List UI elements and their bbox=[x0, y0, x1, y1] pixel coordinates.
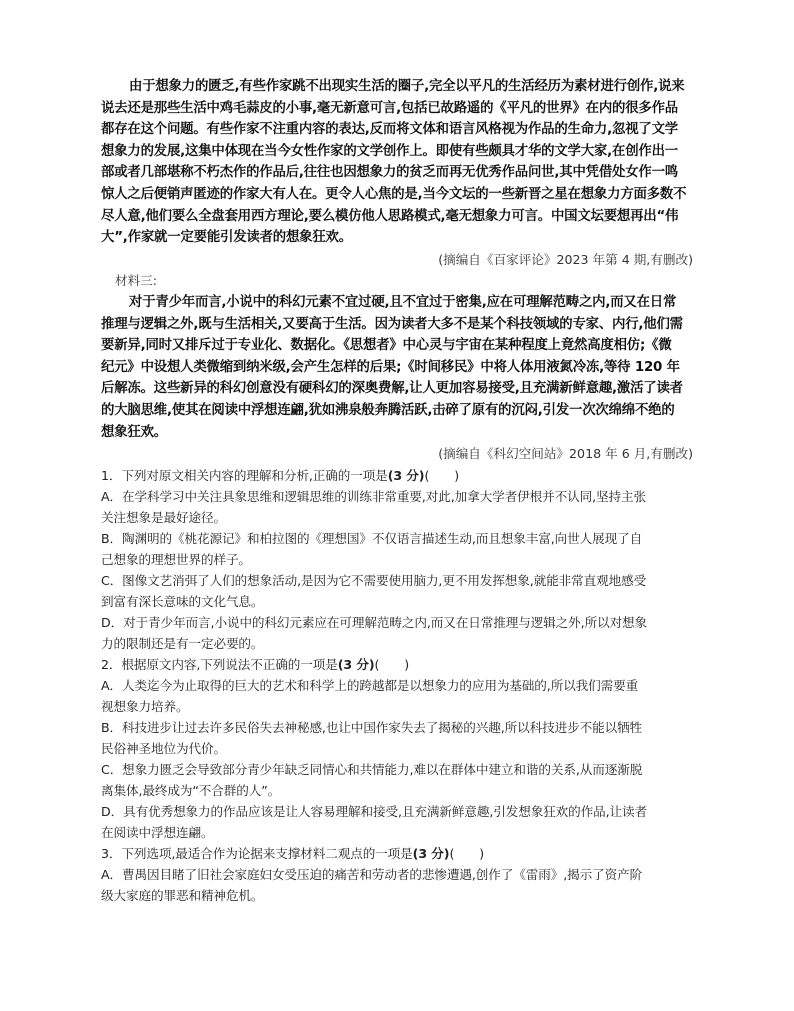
option-d-continued: 在阅读中浮想连翩。 bbox=[101, 822, 693, 843]
option-a[interactable]: A．在学科学习中关注具象思维和逻辑思维的训练非常重要,对此,加拿大学者伊根并不认… bbox=[101, 486, 693, 507]
paragraph-line: 的大脑思维,使其在阅读中浮想连翩,犹如沸泉般奔腾活跃,击碎了原有的沉闷,引发一次… bbox=[101, 400, 693, 422]
question-text: 1．下列对原文相关内容的理解和分析,正确的一项是 bbox=[101, 468, 388, 483]
material-two-paragraph: 由于想象力的匮乏,有些作家跳不出现实生活的圈子,完全以平凡的生活经历为素材进行创… bbox=[101, 76, 693, 270]
text-column: 由于想象力的匮乏,有些作家跳不出现实生活的圈子,完全以平凡的生活经历为素材进行创… bbox=[101, 76, 693, 906]
paragraph-line: 要新异,同时又排斥过于专业化、数据化。《思想者》中心灵与宇宙在某种程度上竟然高度… bbox=[101, 335, 693, 357]
option-c-continued: 离集体,最终成为“不合群的人”。 bbox=[101, 780, 693, 801]
paragraph-line: 对于青少年而言,小说中的科幻元素不宜过硬,且不宜过于密集,应在可理解范畴之内,而… bbox=[101, 292, 693, 314]
question-score: (3 分) bbox=[413, 846, 450, 861]
question-score: (3 分) bbox=[338, 657, 375, 672]
paragraph-line: 推理与逻辑之外,既与生活相关,又要高于生活。因为读者大多不是某个科技领域的专家、… bbox=[101, 314, 693, 336]
source-citation: (摘编自《百家评论》2023 年第 4 期,有删改) bbox=[101, 249, 693, 271]
option-a[interactable]: A．人类迄今为止取得的巨大的艺术和科学上的跨越都是以想象力的应用为基础的,所以我… bbox=[101, 675, 693, 696]
paragraph-line: 想象力的发展,这集中体现在当今女性作家的文学创作上。即使有些颇具才华的文学大家,… bbox=[101, 141, 693, 163]
question-3: 3．下列选项,最适合作为论据来支撑材料二观点的一项是(3 分)( ) A．曹禺因… bbox=[101, 843, 693, 906]
question-stem: 1．下列对原文相关内容的理解和分析,正确的一项是(3 分)( ) bbox=[101, 465, 693, 486]
question-text: 3．下列选项,最适合作为论据来支撑材料二观点的一项是 bbox=[101, 846, 413, 861]
paragraph-line: 大”,作家就一定要能引发读者的想象狂欢。 bbox=[101, 227, 693, 249]
question-score: (3 分) bbox=[388, 468, 425, 483]
material-label: 材料三: bbox=[101, 270, 693, 292]
source-citation: (摘编自《科幻空间站》2018 年 6 月,有删改) bbox=[101, 443, 693, 465]
question-2: 2．根据原文内容,下列说法不正确的一项是(3 分)( ) A．人类迄今为止取得的… bbox=[101, 654, 693, 843]
option-c[interactable]: C．图像文艺消弭了人们的想象活动,是因为它不需要使用脑力,更不用发挥想象,就能非… bbox=[101, 570, 693, 591]
document-page: 由于想象力的匮乏,有些作家跳不出现实生活的圈子,完全以平凡的生活经历为素材进行创… bbox=[0, 0, 794, 1011]
paragraph-line: 由于想象力的匮乏,有些作家跳不出现实生活的圈子,完全以平凡的生活经历为素材进行创… bbox=[101, 76, 693, 98]
option-d-continued: 力的限制还是有一定必要的。 bbox=[101, 633, 693, 654]
paragraph-line: 部或者几部堪称不朽杰作的作品后,往往也因想象力的贫乏而再无优秀作品问世,其中凭借… bbox=[101, 162, 693, 184]
option-a[interactable]: A．曹禺因目睹了旧社会家庭妇女受压迫的痛苦和劳动者的悲惨遭遇,创作了《雷雨》,揭… bbox=[101, 864, 693, 885]
option-a-continued: 关注想象是最好途径。 bbox=[101, 507, 693, 528]
answer-blank[interactable]: ( ) bbox=[374, 657, 409, 672]
question-text: 2．根据原文内容,下列说法不正确的一项是 bbox=[101, 657, 338, 672]
option-c[interactable]: C．想象力匮乏会导致部分青少年缺乏同情心和共情能力,难以在群体中建立和谐的关系,… bbox=[101, 759, 693, 780]
option-c-continued: 到富有深长意味的文化气息。 bbox=[101, 591, 693, 612]
paragraph-line: 说去还是那些生活中鸡毛蒜皮的小事,毫无新意可言,包括已故路遥的《平凡的世界》在内… bbox=[101, 98, 693, 120]
option-a-continued: 级大家庭的罪恶和精神危机。 bbox=[101, 885, 693, 906]
option-a-continued: 视想象力培养。 bbox=[101, 696, 693, 717]
answer-blank[interactable]: ( ) bbox=[449, 846, 484, 861]
material-three: 材料三: 对于青少年而言,小说中的科幻元素不宜过硬,且不宜过于密集,应在可理解范… bbox=[101, 270, 693, 464]
paragraph-line: 尽人意,他们要么全盘套用西方理论,要么模仿他人思路模式,毫无想象力可言。中国文坛… bbox=[101, 206, 693, 228]
paragraph-line: 纪元》中设想人类微缩到纳米级,会产生怎样的后果;《时间移民》中将人体用液氮冷冻,… bbox=[101, 357, 693, 379]
option-b-continued: 民俗神圣地位为代价。 bbox=[101, 738, 693, 759]
paragraph-line: 都存在这个问题。有些作家不注重内容的表达,反而将文体和语言风格视为作品的生命力,… bbox=[101, 119, 693, 141]
question-stem: 2．根据原文内容,下列说法不正确的一项是(3 分)( ) bbox=[101, 654, 693, 675]
option-d[interactable]: D．具有优秀想象力的作品应该是让人容易理解和接受,且充满新鲜意趣,引发想象狂欢的… bbox=[101, 801, 693, 822]
question-stem: 3．下列选项,最适合作为论据来支撑材料二观点的一项是(3 分)( ) bbox=[101, 843, 693, 864]
option-b[interactable]: B．科技进步让过去许多民俗失去神秘感,也让中国作家失去了揭秘的兴趣,所以科技进步… bbox=[101, 717, 693, 738]
question-1: 1．下列对原文相关内容的理解和分析,正确的一项是(3 分)( ) A．在学科学习… bbox=[101, 465, 693, 654]
answer-blank[interactable]: ( ) bbox=[424, 468, 459, 483]
paragraph-line: 惊人之后便销声匿迹的作家大有人在。更令人心焦的是,当今文坛的一些新晋之星在想象力… bbox=[101, 184, 693, 206]
option-d[interactable]: D．对于青少年而言,小说中的科幻元素应在可理解范畴之内,而又在日常推理与逻辑之外… bbox=[101, 612, 693, 633]
option-b[interactable]: B．陶渊明的《桃花源记》和柏拉图的《理想国》不仅语言描述生动,而且想象丰富,向世… bbox=[101, 528, 693, 549]
paragraph-line: 想象狂欢。 bbox=[101, 422, 693, 444]
option-b-continued: 己想象的理想世界的样子。 bbox=[101, 549, 693, 570]
paragraph-line: 后解冻。这些新异的科幻创意没有硬科幻的深奥费解,让人更加容易接受,且充满新鲜意趣… bbox=[101, 378, 693, 400]
